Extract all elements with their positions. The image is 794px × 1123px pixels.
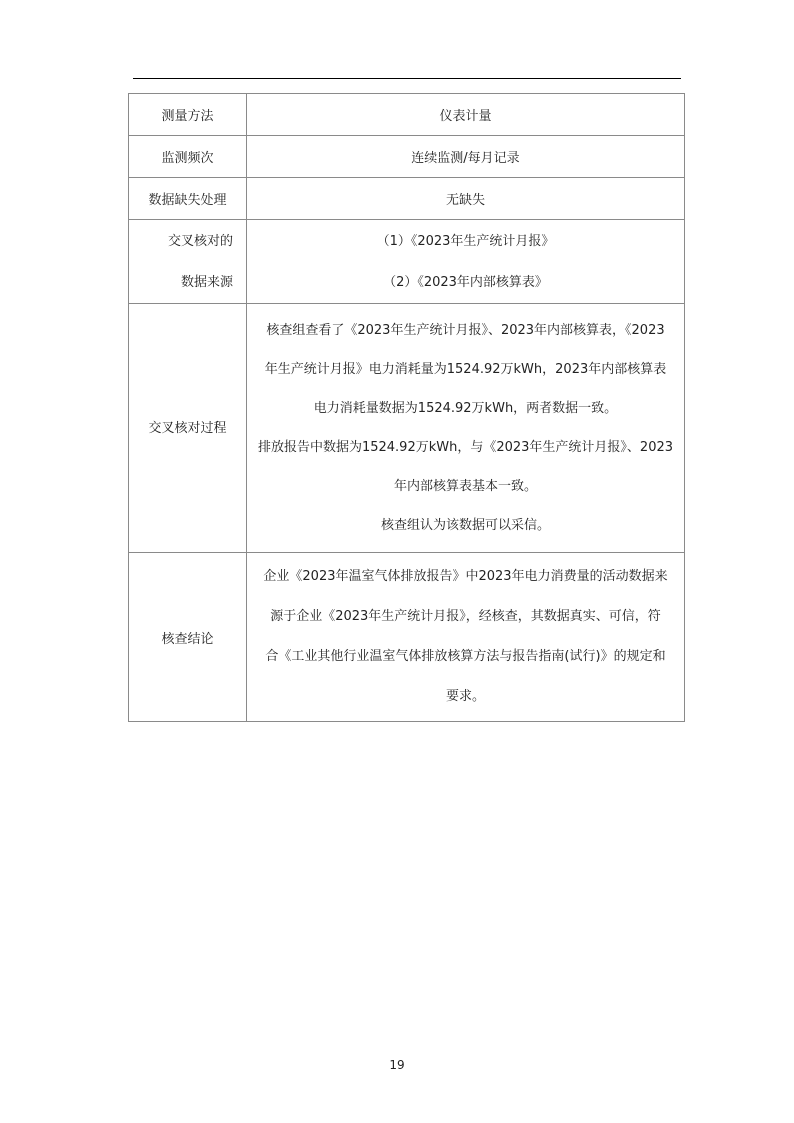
source-item: （2）《2023年内部核算表》 <box>247 262 684 303</box>
row-label: 交叉核对过程 <box>129 304 247 553</box>
row-label: 数据缺失处理 <box>129 178 247 220</box>
text-line: 源于企业《2023年生产统计月报》，经核查，其数据真实、可信，符 <box>247 597 684 637</box>
header-rule <box>133 78 681 79</box>
text-line: 要求。 <box>247 677 684 717</box>
table-row-measurement-method: 测量方法 仪表计量 <box>129 94 685 136</box>
text-line: 企业《2023年温室气体排放报告》中2023年电力消费量的活动数据来 <box>247 557 684 597</box>
text-line: 排放报告中数据为1524.92万kWh，与《2023年生产统计月报》、2023 <box>247 428 684 467</box>
text-line: 年内部核算表基本一致。 <box>247 467 684 506</box>
row-value: 仪表计量 <box>247 94 685 136</box>
row-value: 连续监测/每月记录 <box>247 136 685 178</box>
process-label: 交叉核对过程 <box>148 421 226 436</box>
row-label: 测量方法 <box>129 94 247 136</box>
table-row-cross-check-sources: 交叉核对的 数据来源 （1）《2023年生产统计月报》 （2）《2023年内部核… <box>129 220 685 304</box>
table-row-conclusion: 核查结论 企业《2023年温室气体排放报告》中2023年电力消费量的活动数据来 … <box>129 553 685 722</box>
text-line: 核查组认为该数据可以采信。 <box>247 506 684 545</box>
source-item: （1）《2023年生产统计月报》 <box>247 221 684 262</box>
label-line: 交叉核对的 <box>129 221 246 262</box>
row-label: 交叉核对的 数据来源 <box>129 220 247 304</box>
row-value: 企业《2023年温室气体排放报告》中2023年电力消费量的活动数据来 源于企业《… <box>247 553 685 722</box>
verification-table: 测量方法 仪表计量 监测频次 连续监测/每月记录 数据缺失处理 无缺失 交叉核对… <box>128 93 685 722</box>
text-line: 合《工业其他行业温室气体排放核算方法与报告指南(试行)》的规定和 <box>247 637 684 677</box>
row-label: 核查结论 <box>129 553 247 722</box>
table-row-cross-check-process: 交叉核对过程 核查组查看了《2023年生产统计月报》、2023年内部核算表，《2… <box>129 304 685 553</box>
text-line: 年生产统计月报》电力消耗量为1524.92万kWh，2023年内部核算表 <box>247 350 684 389</box>
table-row-missing-data: 数据缺失处理 无缺失 <box>129 178 685 220</box>
row-value: 无缺失 <box>247 178 685 220</box>
label-line: 数据来源 <box>129 262 246 303</box>
row-value: （1）《2023年生产统计月报》 （2）《2023年内部核算表》 <box>247 220 685 304</box>
row-value: 核查组查看了《2023年生产统计月报》、2023年内部核算表，《2023 年生产… <box>247 304 685 553</box>
page-number: 19 <box>0 1058 794 1072</box>
text-line: 核查组查看了《2023年生产统计月报》、2023年内部核算表，《2023 <box>247 311 684 350</box>
table-row-monitoring-frequency: 监测频次 连续监测/每月记录 <box>129 136 685 178</box>
text-line: 电力消耗量数据为1524.92万kWh，两者数据一致。 <box>247 389 684 428</box>
row-label: 监测频次 <box>129 136 247 178</box>
